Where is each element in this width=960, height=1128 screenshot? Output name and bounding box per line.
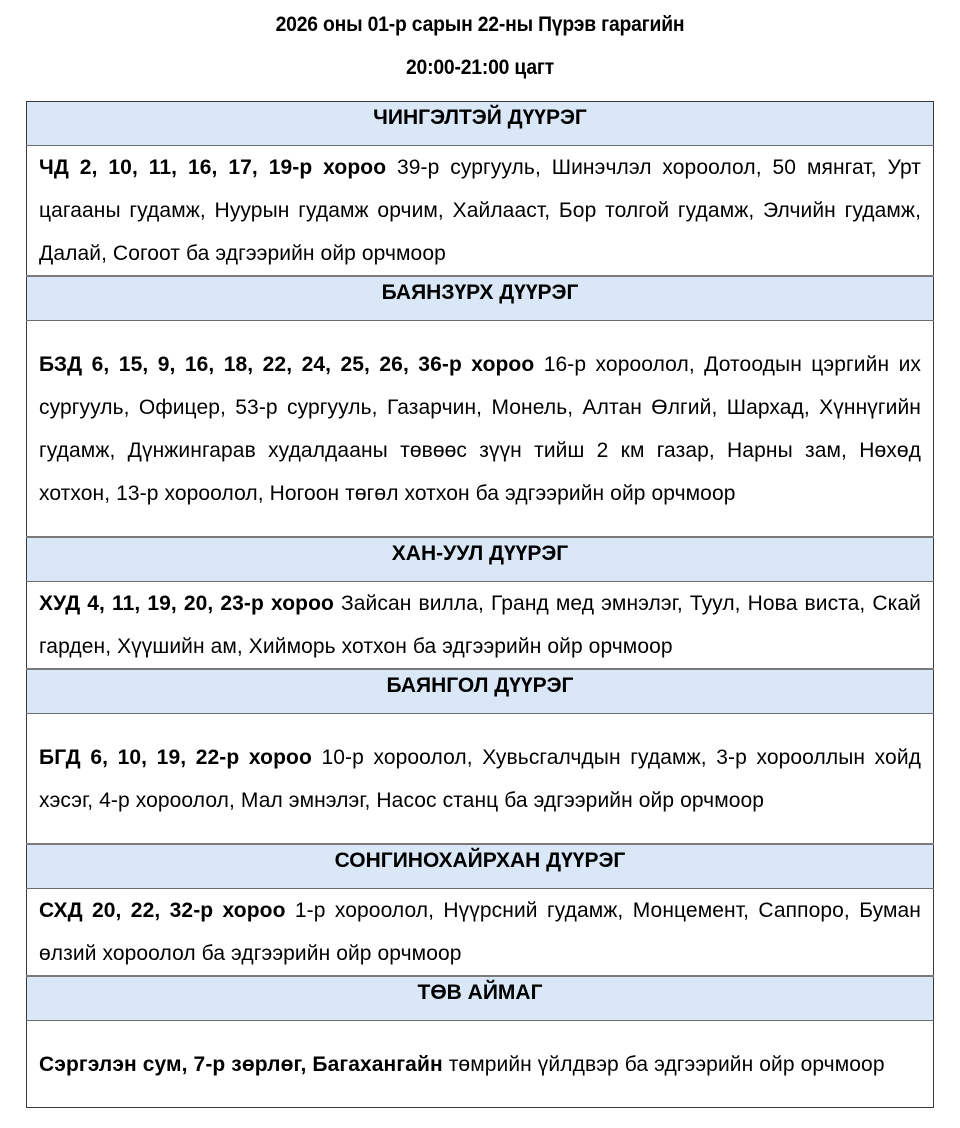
district-header-bayangol: БАЯНГОЛ ДҮҮРЭГ bbox=[27, 669, 934, 714]
district-details-bayangol: БГД 6, 10, 19, 22-р хороо 10-р хороолол,… bbox=[27, 714, 934, 845]
khoroo-list: БГД 6, 10, 19, 22-р хороо bbox=[39, 746, 312, 769]
document-time-range: 20:00-21:00 цагт bbox=[38, 56, 921, 80]
district-header-songinokhairkhan: СОНГИНОХАЙРХАН ДҮҮРЭГ bbox=[27, 844, 934, 889]
khoroo-list: ЧД 2, 10, 11, 16, 17, 19-р хороо bbox=[39, 156, 386, 179]
district-details-khan-uul: ХУД 4, 11, 19, 20, 23-р хороо Зайсан вил… bbox=[27, 582, 934, 670]
district-header-khan-uul: ХАН-УУЛ ДҮҮРЭГ bbox=[27, 537, 934, 582]
district-details-tuv-aimag: Сэргэлэн сум, 7-р зөрлөг, Багахангайн тө… bbox=[27, 1021, 934, 1108]
district-details-bayanzurkh: БЗД 6, 15, 9, 16, 18, 22, 24, 25, 26, 36… bbox=[27, 321, 934, 538]
khoroo-list: БЗД 6, 15, 9, 16, 18, 22, 24, 25, 26, 36… bbox=[39, 353, 534, 376]
khoroo-list: СХД 20, 22, 32-р хороо bbox=[39, 899, 286, 922]
district-header-tuv-aimag: ТӨВ АЙМАГ bbox=[27, 976, 934, 1021]
district-header-bayanzurkh: БАЯНЗҮРХ ДҮҮРЭГ bbox=[27, 276, 934, 321]
area-list: төмрийн үйлдвэр ба эдгээрийн ойр орчмоор bbox=[443, 1053, 885, 1076]
document-title: 2026 оны 01-р сарын 22-ны Пүрэв гарагийн bbox=[38, 13, 921, 37]
location-list: Сэргэлэн сум, 7-р зөрлөг, Багахангайн bbox=[39, 1053, 443, 1076]
district-header-chingeltei: ЧИНГЭЛТЭЙ ДҮҮРЭГ bbox=[27, 102, 934, 146]
district-details-songinokhairkhan: СХД 20, 22, 32-р хороо 1-р хороолол, Нүү… bbox=[27, 889, 934, 977]
outage-schedule-table: ЧИНГЭЛТЭЙ ДҮҮРЭГ ЧД 2, 10, 11, 16, 17, 1… bbox=[26, 101, 934, 1108]
khoroo-list: ХУД 4, 11, 19, 20, 23-р хороо bbox=[39, 592, 334, 615]
district-details-chingeltei: ЧД 2, 10, 11, 16, 17, 19-р хороо 39-р су… bbox=[27, 146, 934, 277]
